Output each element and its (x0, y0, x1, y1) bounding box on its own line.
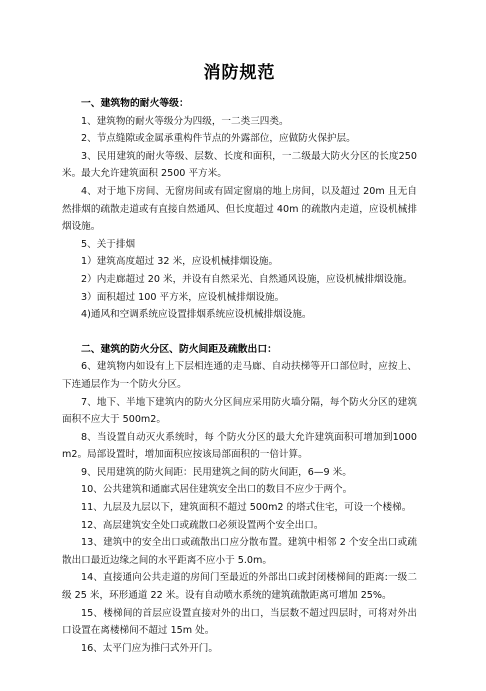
document-title: 消防规范 (62, 58, 417, 83)
paragraph: 1、建筑物的耐火等级分为四级，一二类三四类。 (62, 113, 417, 131)
paragraph: 9、民用建筑的防火间距：民用建筑之间的防火间距，6—9 米。 (62, 464, 417, 482)
paragraph: 4、对于地下房间、无窗房间或有固定窗扇的地上房间，以及超过 20m 且无自然排烟… (62, 183, 417, 236)
paragraph: 8、当设置自动灭火系统时，每 个防火分区的最大允许建筑面积可增加到1000m2。… (62, 429, 417, 464)
paragraph: 15、楼梯间的首层应设置直接对外的出口，当层数不超过四层时，可将对外出口设置在离… (62, 605, 417, 640)
paragraph: 5、关于排烟 (62, 236, 417, 254)
list-item: 4)通风和空调系统应设置排烟系统应设机械排烟设施。 (62, 306, 417, 324)
section-spacer (62, 324, 417, 341)
paragraph: 13、建筑中的安全出口或疏散出口应分散布置。建筑中相邻 2 个安全出口或疏散出口… (62, 534, 417, 569)
paragraph: 3、民用建筑的耐火等级、层数、长度和面积，一二级最大防火分区的长度250 米。最… (62, 148, 417, 183)
list-item: 3）面积超过 100 平方米，应设机械排烟设施。 (62, 289, 417, 307)
paragraph: 7、地下、半地下建筑内的防火分区间应采用防火墙分隔，每个防火分区的建筑面积不应大… (62, 394, 417, 429)
paragraph: 16、太平门应为推闩式外开门。 (62, 640, 417, 658)
section-heading-fire-resistance: 一、建筑物的耐火等级： (62, 95, 417, 113)
section-heading-fire-compartments: 二、建筑的防火分区、防火间距及疏散出口： (62, 341, 417, 359)
paragraph: 11、九层及九层以下，建筑面积不超过 500m2 的塔式住宅，可设一个楼梯。 (62, 499, 417, 517)
document-body: 一、建筑物的耐火等级： 1、建筑物的耐火等级分为四级，一二类三四类。 2、节点缝… (62, 95, 417, 657)
paragraph: 6、建筑物内如设有上下层相连通的走马廊、自动扶梯等开口部位时，应按上、下连通层作… (62, 358, 417, 393)
paragraph: 2、节点缝隙或金属承重构件节点的外露部位，应做防火保护层。 (62, 130, 417, 148)
paragraph: 14、直接通向公共走道的房间门至最近的外部出口或封闭楼梯间的距离:一级二级 25… (62, 569, 417, 604)
paragraph: 12、高层建筑安全处口或疏散口必须设置两个安全出口。 (62, 517, 417, 535)
list-item: 1）建筑高度超过 32 米，应设机械排烟设施。 (62, 253, 417, 271)
list-item: 2）内走廊超过 20 米，并设有自然采光、自然通风设施，应设机械排烟设施。 (62, 271, 417, 289)
paragraph: 10、公共建筑和通廊式居住建筑安全出口的数目不应少于两个。 (62, 481, 417, 499)
